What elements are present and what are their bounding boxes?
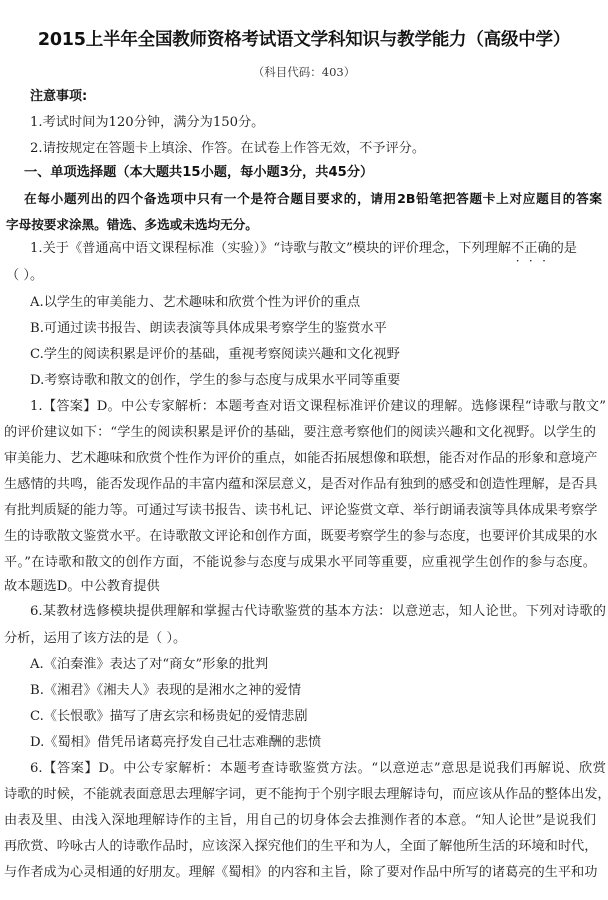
question-1-stem-post: 的是: [551, 241, 577, 256]
question-6-stem-line1: 6.某教材选修模块提供理解和掌握古代诗歌鉴赏的基本方法：以意逆志，知人论世。下列…: [30, 603, 606, 621]
question-1-answer-line: 的评价建议如下：“学生的阅读积累是评价的基础，要注意考察他们的阅读兴趣和文化视野…: [4, 424, 596, 442]
question-1-option-a: A.以学生的审美能力、艺术趣味和欣赏个性为评价的重点: [30, 294, 360, 312]
question-6-answer-line: 与作者成为心灵相通的好朋友。理解《蜀相》的内容和主旨，除了要对作品中所写的诸葛亮…: [4, 864, 596, 882]
question-6-option-a: A.《泊秦淮》表达了对“商女”形象的批判: [30, 656, 268, 674]
question-1-answer-line: 平。”在诗歌和散文的创作方面，不能说参与态度与成果水平同等重要，应重视学生创作的…: [4, 554, 596, 572]
question-1-answer-line: 审美能力、艺术趣味和欣赏个性作为评价的重点，如能否拓展想像和联想，能否对作品的形…: [4, 450, 596, 468]
emphasis-char: 确: [537, 241, 550, 256]
question-1-stem-line1: 1.关于《普通高中语文课程标准（实验）》“诗歌与散文”模块的评价理念，下列理解不…: [30, 240, 577, 258]
question-1-stem-line2: （ ）。: [6, 267, 43, 285]
question-1-option-b: B.可通过读书报告、朗读表演等具体成果考察学生的鉴赏水平: [30, 320, 387, 338]
question-6-option-c: C.《长恨歌》描写了唐玄宗和杨贵妃的爱情悲剧: [30, 708, 308, 726]
subject-code: （科目代码：403）: [0, 64, 608, 80]
question-6-answer-line: 由表及里、由浅入深地理解诗作的主旨，用自己的切身体会去推测作者的本意。“知人论世…: [4, 812, 596, 830]
notice-item-1: 1.考试时间为120分钟，满分为150分。: [30, 114, 264, 132]
question-1-answer-line: 故本题选D。中公教育提供: [4, 578, 160, 596]
question-6-answer-line: 再欣赏、吟咏古人的诗歌作品时，应该深入探究他们的生平和为人，全面了解他所生活的环…: [4, 838, 596, 856]
notice-heading: 注意事项:: [30, 88, 87, 106]
document-title: 2015上半年全国教师资格考试语文学科知识与教学能力（高级中学）: [0, 26, 608, 51]
emphasis-char: 正: [524, 241, 537, 256]
section-instruction-line1: 在每小题列出的四个备选项中只有一个是符合题目要求的，请用2B铅笔把答题卡上对应题…: [24, 190, 602, 208]
question-1-option-c: C.学生的阅读积累是评价的基础，重视考察阅读兴趣和文化视野: [30, 346, 400, 364]
question-6-stem-line2: 分析，运用了该方法的是（ ）。: [4, 630, 186, 648]
section-instruction-line2: 字母按要求涂黑。错选、多选或未选均无分。: [6, 216, 258, 234]
question-1-answer-line: 1.【答案】D。中公专家解析：本题考查对语文课程标准评价建议的理解。选修课程“诗…: [30, 398, 606, 416]
question-1-stem-pre: 1.关于《普通高中语文课程标准（实验）》“诗歌与散文”模块的评价理念，下列理解: [30, 241, 511, 256]
question-1-answer-line: 生的诗歌散文鉴赏水平。在诗歌散文评论和创作方面，既要考察学生的参与态度，也要评价…: [4, 528, 596, 546]
question-6-answer-line: 6.【答案】D。中公专家解析：本题考查诗歌鉴赏方法。“以意逆志”意思是说我们再解…: [30, 760, 606, 778]
question-6-option-d: D.《蜀相》借凭吊诸葛亮抒发自己壮志难酬的悲愤: [30, 734, 321, 752]
question-6-answer-line: 诗歌的时候，不能就表面意思去理解字词，更不能拘于个别字眼去理解诗句，而应该从作品…: [4, 786, 596, 804]
question-1-option-d: D.考察诗歌和散文的创作，学生的参与态度与成果水平同等重要: [30, 372, 400, 390]
section-heading: 一、单项选择题（本大题共15小题，每小题3分，共45分）: [24, 164, 373, 182]
notice-item-2: 2.请按规定在答题卡上填涂、作答。在试卷上作答无效，不予评分。: [30, 140, 425, 158]
question-6-option-b: B.《湘君》《湘夫人》表现的是湘水之神的爱情: [30, 682, 301, 700]
emphasis-char: 不: [511, 241, 524, 256]
question-1-answer-line: 生感情的共鸣，能否发现作品的丰富内蕴和深层意义，是否对作品有独到的感受和创造性理…: [4, 476, 596, 494]
question-1-answer-line: 有批判质疑的能力等。可通过写读书报告、读书札记、评论鉴赏文章、举行朗诵表演等具体…: [4, 502, 596, 520]
